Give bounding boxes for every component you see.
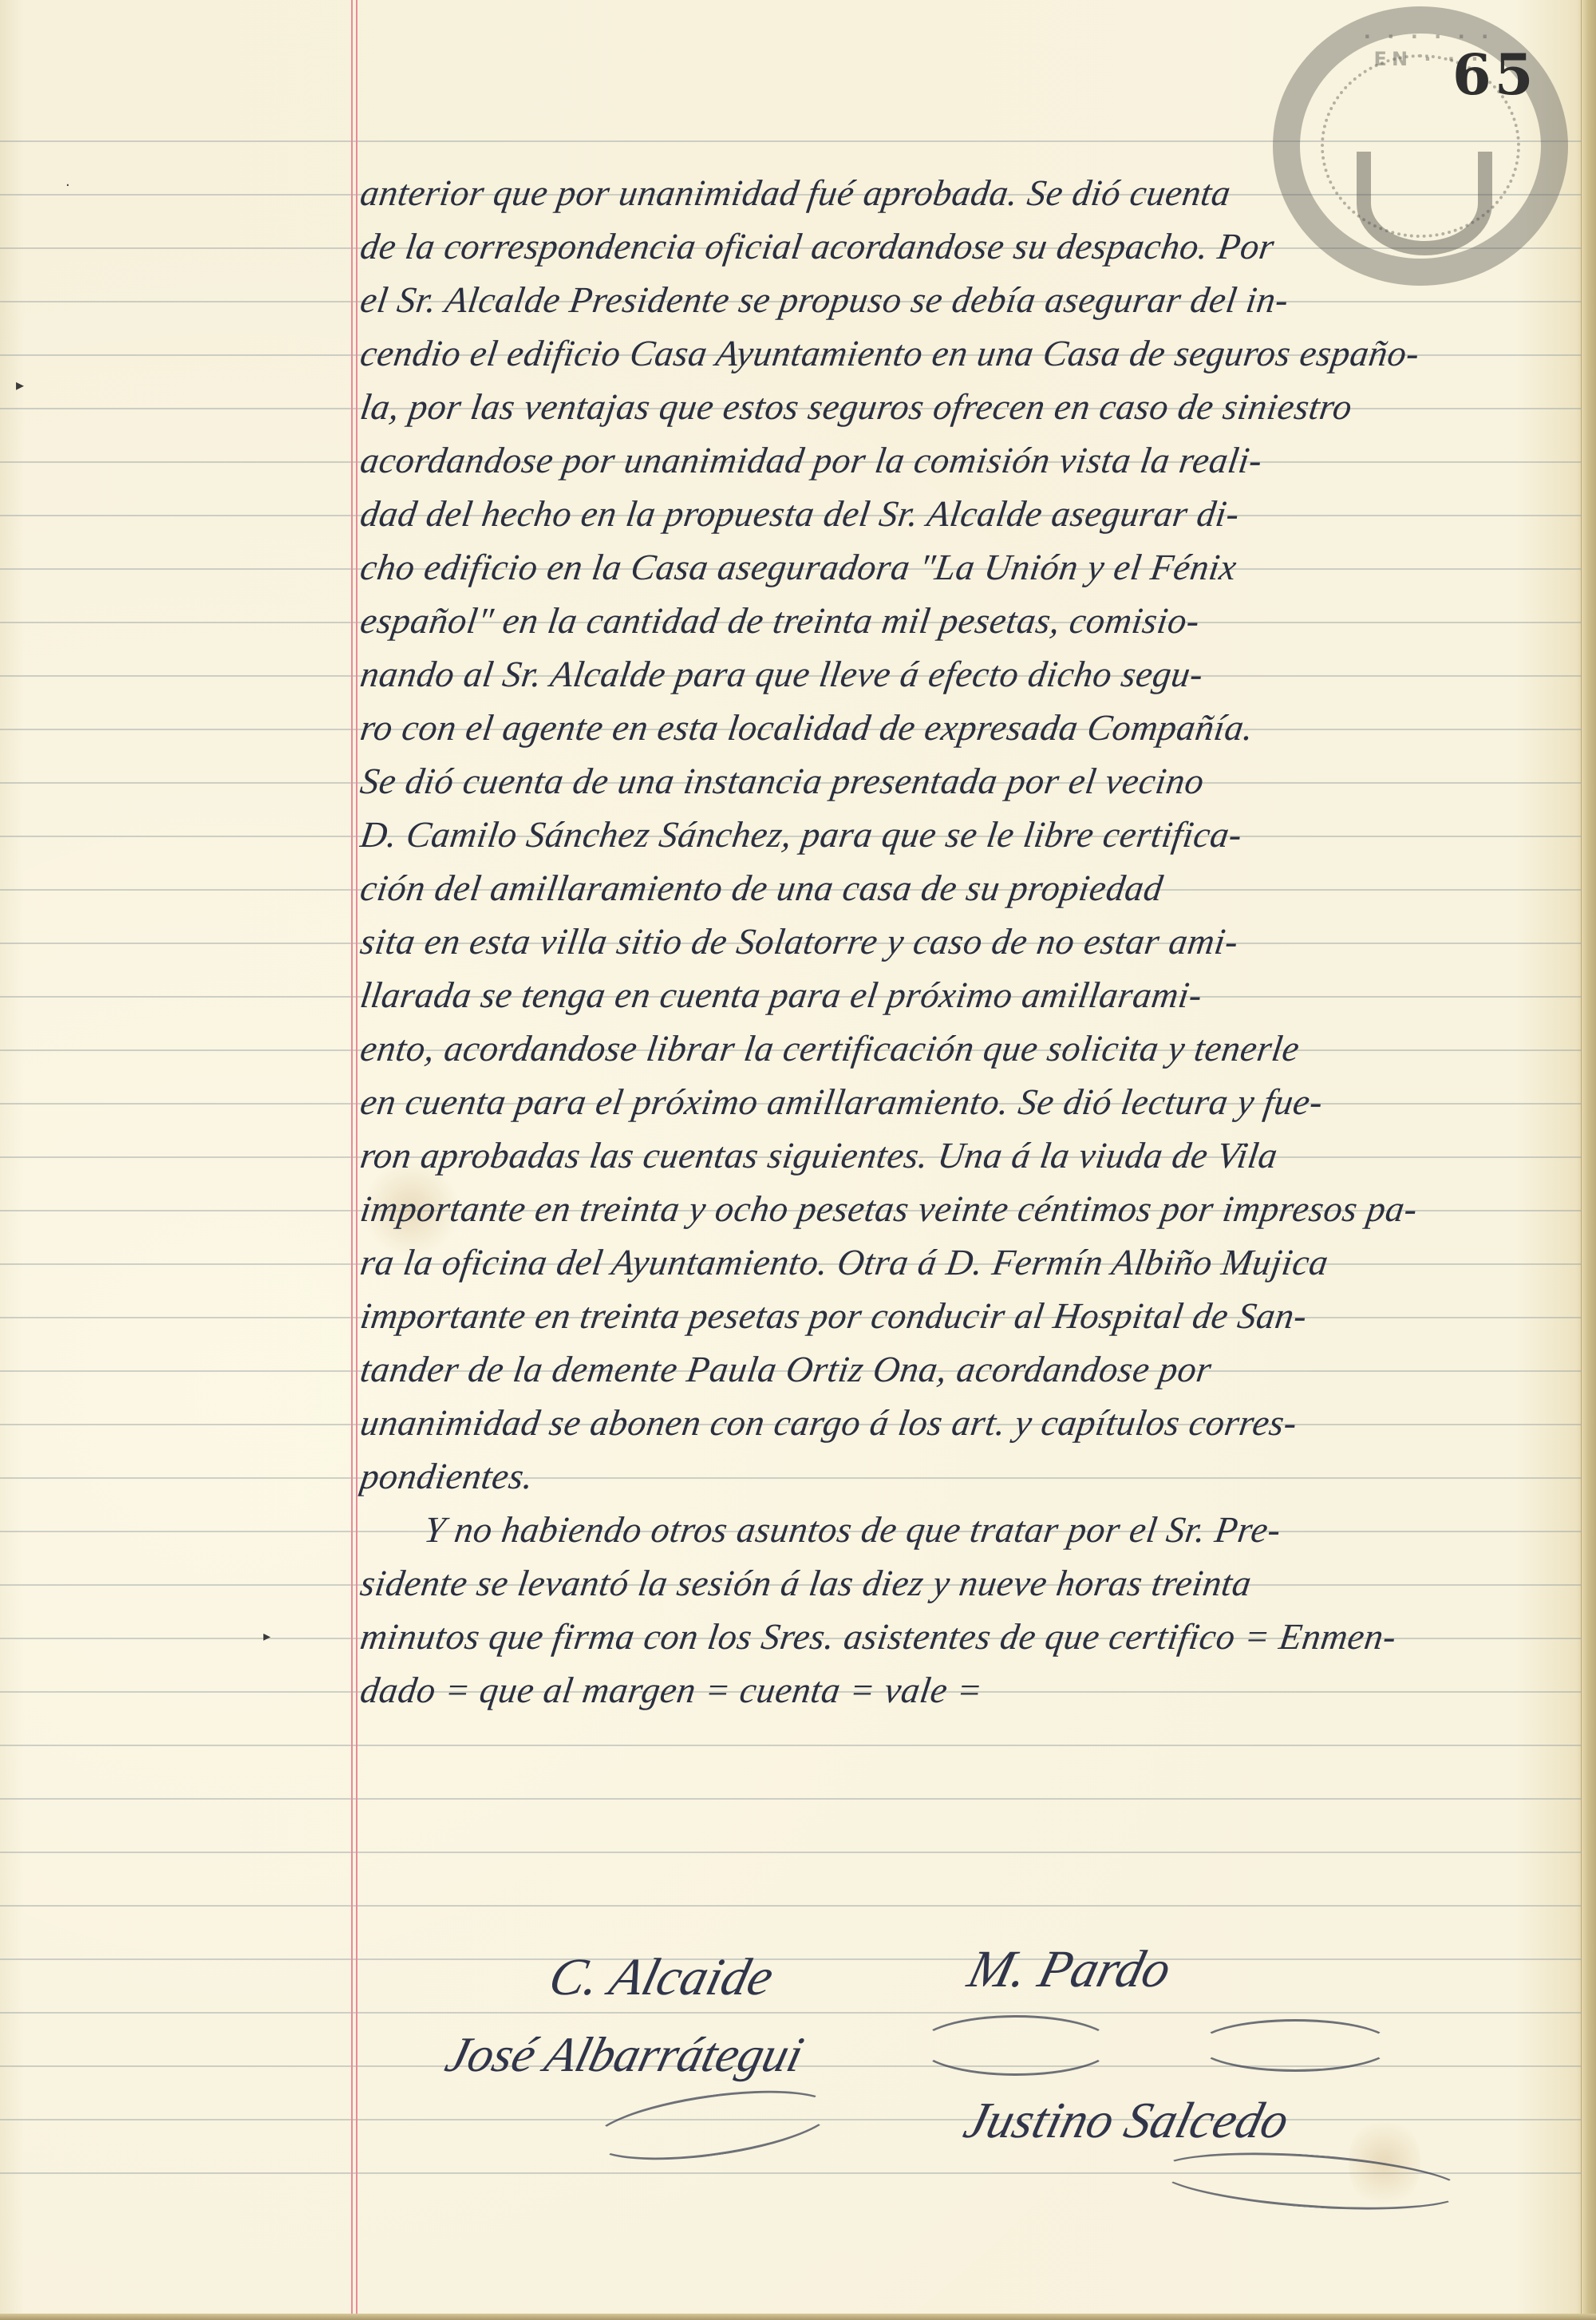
text-line: unanimidad se abonen con cargo á los art… <box>357 1396 1585 1449</box>
text-line: en cuenta para el próximo amillaramiento… <box>357 1075 1585 1128</box>
signature-flourish <box>918 2015 1114 2076</box>
margin-pointer-mark: ▸ <box>263 1628 274 1645</box>
minutes-body: anterior que por unanimidad fué aprobada… <box>361 166 1582 1717</box>
closing-line: Y no habiendo otros asuntos de que trata… <box>357 1503 1585 1556</box>
text-line: D. Camilo Sánchez Sánchez, para que se l… <box>357 808 1585 861</box>
text-line: el Sr. Alcalde Presidente se propuso se … <box>357 273 1585 326</box>
text-line: importante en treinta y ocho pesetas vei… <box>357 1182 1585 1235</box>
book-gutter-edge <box>1581 0 1596 2320</box>
text-line: Se dió cuenta de una instancia presentad… <box>357 754 1585 808</box>
text-line: ra la oficina del Ayuntamiento. Otra á D… <box>357 1235 1585 1289</box>
signature-pardo: M. Pardo <box>962 1939 1177 2000</box>
signature-flourish <box>1197 2019 1393 2072</box>
signature-salcedo: Justino Salcedo <box>958 2091 1295 2150</box>
text-line: dad del hecho en la propuesta del Sr. Al… <box>357 487 1585 540</box>
text-line: ro con el agente en esta localidad de ex… <box>357 701 1585 754</box>
page-bottom-edge <box>0 2314 1596 2320</box>
margin-arrow-mark: ▸ <box>16 375 24 394</box>
closing-line: dado = que al margen = cuenta = vale = <box>357 1663 1585 1717</box>
closing-line: sidente se levantó la sesión á las diez … <box>357 1556 1585 1610</box>
margin-line-red-inner <box>356 0 358 2320</box>
text-line: importante en treinta pesetas por conduc… <box>357 1289 1585 1342</box>
signature-albarrategui: José Albarrátegui <box>440 2027 809 2084</box>
text-line: llarada se tenga en cuenta para el próxi… <box>357 968 1585 1022</box>
text-line: cendio el edificio Casa Ayuntamiento en … <box>357 326 1585 380</box>
text-line: nando al Sr. Alcalde para que lleve á ef… <box>357 647 1585 701</box>
text-line: cho edificio en la Casa aseguradora "La … <box>357 540 1585 594</box>
text-line: ron aprobadas las cuentas siguientes. Un… <box>357 1128 1585 1182</box>
text-line: ento, acordandose librar la certificació… <box>357 1022 1585 1075</box>
text-line: la, por las ventajas que estos seguros o… <box>357 380 1585 433</box>
text-line: pondientes. <box>357 1449 1585 1503</box>
signature-alcaide: C. Alcaide <box>543 1947 780 2008</box>
text-line: ción del amillaramiento de una casa de s… <box>357 861 1585 915</box>
text-line: español" en la cantidad de treinta mil p… <box>357 594 1585 647</box>
page-number: 65 <box>1452 41 1536 108</box>
margin-dot-mark: · <box>65 177 70 194</box>
margin-line-red <box>351 0 353 2320</box>
text-line: tander de la demente Paula Ortiz Ona, ac… <box>357 1342 1585 1396</box>
text-line: acordandose por unanimidad por la comisi… <box>357 433 1585 487</box>
text-line: de la correspondencia oficial acordandos… <box>357 219 1585 273</box>
text-line: sita en esta villa sitio de Solatorre y … <box>357 915 1585 968</box>
closing-line: minutos que firma con los Sres. asistent… <box>357 1610 1585 1663</box>
text-line: anterior que por unanimidad fué aprobada… <box>357 166 1585 219</box>
